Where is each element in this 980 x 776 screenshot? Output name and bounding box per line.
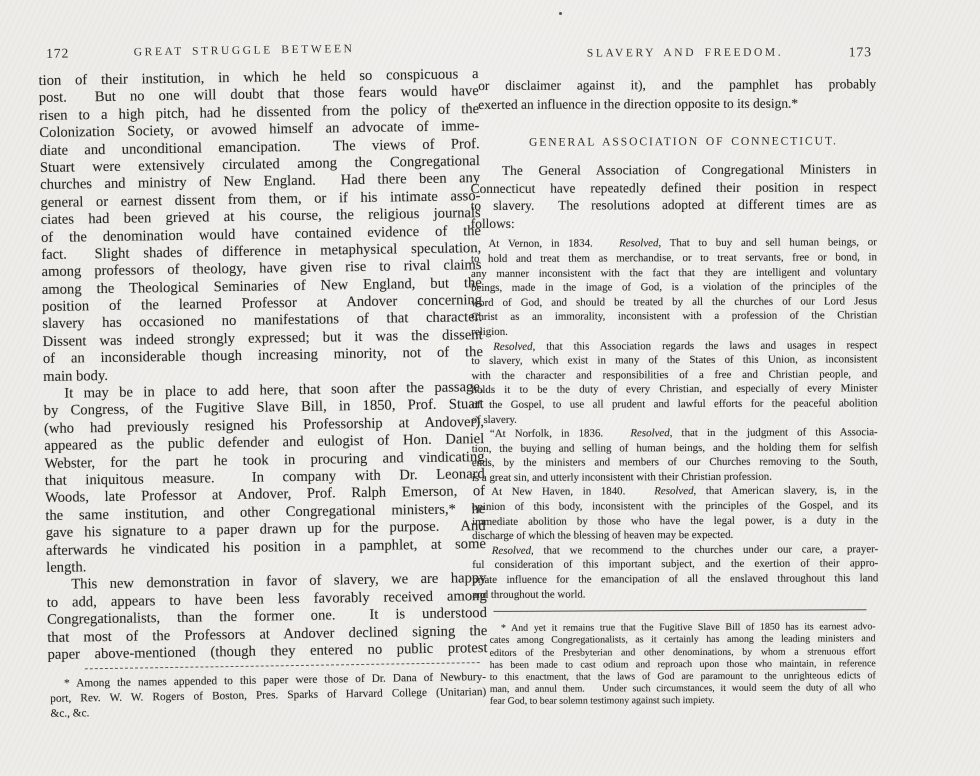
text-line: Christ as an immorality, inconsistent wi… [471, 309, 877, 325]
text-line: The General Association of Congregationa… [471, 160, 877, 179]
ink-speck [559, 12, 562, 15]
left-page-header: 172 GREAT STRUGGLE BETWEEN [38, 39, 478, 62]
paragraph: * Among the names appended to this paper… [50, 670, 487, 722]
right-footnote-separator [493, 609, 866, 612]
right-footnote: * And yet it remains true that the Fugit… [490, 621, 876, 708]
right-page-header: SLAVERY AND FREEDOM. 173 [470, 44, 876, 62]
text-line: exerted an influence in the direction op… [478, 93, 876, 114]
text-line: immediate abolition by those who have th… [472, 513, 878, 529]
text-line: priate influence for the emancipation of… [472, 571, 878, 587]
text-line: man, and annul them. Under such circumst… [490, 682, 876, 696]
left-page: 172 GREAT STRUGGLE BETWEEN tion of their… [38, 39, 489, 722]
resolutions-text: At Vernon, in 1834. Resolved, That to bu… [471, 236, 879, 603]
text-line: to hold and treat them as merchandise, o… [471, 250, 877, 266]
section-heading: GENERAL ASSOCIATION OF CONNECTICUT. [490, 134, 876, 150]
paragraph: At New Haven, in 1840. Resolved, that Am… [472, 484, 878, 544]
text-line: cates among Congregationalists, as it ce… [490, 634, 876, 648]
text-line: follows: [471, 213, 877, 232]
left-footnote: * Among the names appended to this paper… [50, 670, 487, 722]
right-opening-paragraph: The General Association of Congregationa… [471, 160, 877, 232]
text-line: and throughout the world. [472, 586, 878, 602]
paragraph: tion of their institution, in which he h… [38, 66, 483, 386]
text-line: to slavery. The resolutions adopted at d… [471, 195, 877, 214]
paragraph: * And yet it remains true that the Fugit… [490, 621, 876, 708]
paragraph: This new demonstration in favor of slave… [46, 570, 487, 664]
right-intro-paragraph: or disclaimer against it), and the pamph… [478, 74, 876, 114]
left-footnote-separator [85, 662, 480, 669]
text-line: Connecticut have repeatedly defined thei… [471, 178, 877, 197]
text-line: fear God, to bear solemn testimony again… [490, 695, 876, 709]
paragraph: It may be in place to add here, that soo… [43, 379, 486, 577]
paragraph: At Vernon, in 1834. Resolved, That to bu… [471, 236, 877, 340]
text-line: “At Norfolk, in 1836. Resolved, that in … [472, 425, 878, 441]
paragraph: “At Norfolk, in 1836. Resolved, that in … [472, 425, 878, 485]
text-line: ends, by the ministers and members of ou… [472, 455, 878, 471]
right-page-number: 173 [849, 44, 872, 60]
paragraph: Resolved, that this Association regards … [471, 338, 877, 427]
paragraph: or disclaimer against it), and the pamph… [478, 74, 876, 114]
text-line: holds it to be the duty of every Christi… [471, 382, 877, 398]
text-line: opinion of this body, inconsistent with … [472, 498, 878, 514]
text-line: to slavery, which exist in many of the S… [471, 352, 877, 368]
paragraph: Resolved, that we recommend to the churc… [472, 542, 878, 602]
right-running-head: SLAVERY AND FREEDOM. [494, 46, 876, 60]
paragraph: The General Association of Congregationa… [471, 160, 877, 232]
text-line: or disclaimer against it), and the pamph… [478, 74, 876, 95]
right-page: SLAVERY AND FREEDOM. 173 or disclaimer a… [470, 44, 879, 708]
left-body-text: tion of their institution, in which he h… [38, 66, 487, 664]
left-running-head: GREAT STRUGGLE BETWEEN [38, 42, 450, 60]
text-line: beings, made in the image of God, is a v… [471, 279, 877, 295]
text-line: of the Gospel, to use all prudent and la… [472, 396, 878, 412]
